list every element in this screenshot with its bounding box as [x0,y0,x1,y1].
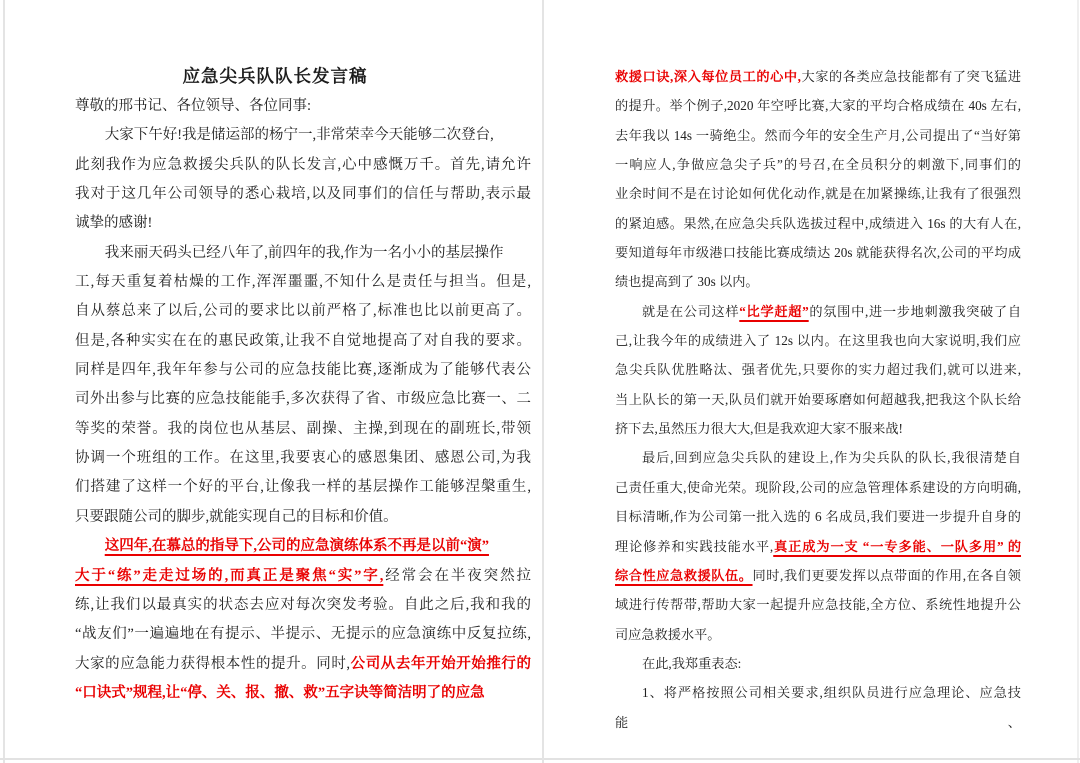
text-run: 理论修养和实践技能水平, [615,539,773,554]
text-line: 大家的应急能力获得根本性的提升。同时,公司从去年开始开始推行的 [75,650,531,679]
text-run: 1、将严格按照公司相关要求,组织队员进行应急理论、应急技能、 [615,685,1021,729]
text-run: 挤下去,虽然压力很大大,但是我欢迎大家不服来战! [615,421,903,436]
text-line: 要知道每年市级港口技能比赛成绩达 20s 就能获得名次,公司的平均成 [615,238,1021,267]
text-run: 就是在公司这样 [642,304,739,319]
page-1: 应急尖兵队队长发言稿 尊敬的邢书记、各位领导、各位同事:大家下午好!我是储运部的… [5,0,542,763]
text-run: 己,让我今年的成绩进入了 12s 以内。在这里我也向大家说明,我们应 [615,333,1021,348]
text-run: 同样是四年,我年年参与公司的应急技能比赛,逐渐成为了能够代表公 [75,362,531,378]
text-run: 大家的应急能力获得根本性的提升。同时, [75,656,350,672]
text-line: “口诀式”规程,让“停、关、报、撤、救”五字诀等简洁明了的应急 [75,679,531,708]
text-run: 大家下午好!我是储运部的杨宁一,非常荣幸今天能够二次登台, [105,127,494,143]
text-line: 域进行传帮带,帮助大家一起提升应急技能,全方位、系统性地提升公 [615,590,1021,619]
highlighted-text-run: 大于“练”走走过场的,而真正是聚焦“实”字, [75,568,383,584]
text-run: 工,每天重复着枯燥的工作,浑浑噩噩,不知什么是责任与担当。但是, [75,274,531,290]
text-line: 自从蔡总来了以后,公司的要求比以前严格了,标准也比以前更高了。 [75,297,531,326]
text-line: 我对于这几年公司领导的悉心栽培,以及同事们的信任与帮助,表示最 [75,180,531,209]
document-canvas: 应急尖兵队队长发言稿 尊敬的邢书记、各位领导、各位同事:大家下午好!我是储运部的… [0,0,1080,763]
text-line: 练,让我们以最真实的状态去应对每次突发考验。自此之后,我和我的 [75,591,531,620]
text-run: 域进行传帮带,帮助大家一起提升应急技能,全方位、系统性地提升公 [615,597,1021,612]
text-line: 司应急救援水平。 [615,620,1021,649]
text-run: “战友们”一遍遍地在有提示、半提示、无提示的应急演练中反复拉练, [75,626,531,642]
text-run: 尊敬的邢书记、各位领导、各位同事: [75,98,311,114]
text-run: 的紧迫感。果然,在应急尖兵队选拔过程中,成绩进入 16s 的大有人在, [615,216,1021,231]
text-run: 诚挚的感谢! [75,215,152,231]
text-line: 业余时间不是在讨论如何优化动作,就是在加紧操练,让我有了很强烈 [615,179,1021,208]
text-line: 目标清晰,作为公司第一批入选的 6 名成员,我们要进一步提升自身的 [615,502,1021,531]
text-line: 工,每天重复着枯燥的工作,浑浑噩噩,不知什么是责任与担当。但是, [75,268,531,297]
text-run: 最后,回到应急尖兵队的建设上,作为尖兵队的队长,我很清楚自 [642,450,1021,465]
text-line: 一响应人,争做应急尖子兵”的号召,在全员积分的刺激下,同事们的 [615,150,1021,179]
text-run: 们搭建了这样一个好的平台,让像我一样的基层操作工能够涅槃重生, [75,479,531,495]
text-line: 大家下午好!我是储运部的杨宁一,非常荣幸今天能够二次登台, [75,121,531,150]
text-run: 要知道每年市级港口技能比赛成绩达 20s 就能获得名次,公司的平均成 [615,245,1021,260]
highlighted-text-run: 救援口诀,深入每位员工的心中, [615,69,801,84]
highlighted-text-run: “比学赶超” [739,304,808,319]
text-line: 去年我以 14s 一骑绝尘。然而今年的安全生产月,公司提出了“当好第 [615,121,1021,150]
text-line: 救援口诀,深入每位员工的心中,大家的各类应急技能都有了突飞猛进 [615,62,1021,91]
text-run: 的氛围中,进一步地刺激我突破了自 [809,304,1021,319]
text-line: 这四年,在慕总的指导下,公司的应急演练体系不再是以前“演” [75,532,531,561]
text-line: 们搭建了这样一个好的平台,让像我一样的基层操作工能够涅槃重生, [75,473,531,502]
highlighted-text-run: 这四年,在慕总的指导下,公司的应急演练体系不再是以前“演” [105,538,489,554]
text-line: 1、将严格按照公司相关要求,组织队员进行应急理论、应急技能、 [615,678,1021,707]
text-line: “战友们”一遍遍地在有提示、半提示、无提示的应急演练中反复拉练, [75,620,531,649]
text-run: 在此,我郑重表态: [642,656,741,671]
highlighted-text-run: 公司从去年开始开始推行的 [350,656,531,672]
text-line: 同样是四年,我年年参与公司的应急技能比赛,逐渐成为了能够代表公 [75,356,531,385]
text-run: 练,让我们以最真实的状态去应对每次突发考验。自此之后,我和我的 [75,597,531,613]
text-run: 去年我以 14s 一骑绝尘。然而今年的安全生产月,公司提出了“当好第 [615,128,1021,143]
text-run: 己责任重大,使命光荣。现阶段,公司的应急管理体系建设的方向明确, [615,480,1021,495]
text-line: 我来丽天码头已经八年了,前四年的我,作为一名小小的基层操作 [75,239,531,268]
text-run: 当上队长的第一天,队员们就开始要琢磨如何超越我,把我这个队长给 [615,392,1021,407]
text-run: 大家的各类应急技能都有了突飞猛进 [801,69,1021,84]
text-line: 尊敬的邢书记、各位领导、各位同事: [75,92,531,121]
highlighted-text-run: “口诀式”规程,让“停、关、报、撤、救”五字诀等简洁明了的应急 [75,685,485,701]
text-line: 司外出参与比赛的应急技能能手,多次获得了省、市级应急比赛一、二 [75,385,531,414]
highlighted-text-run: 真正成为一支 “一专多能、一队多用” 的 [773,539,1021,554]
page-2-text-column: 救援口诀,深入每位员工的心中,大家的各类应急技能都有了突飞猛进的提升。举个例子,… [615,62,1021,708]
text-run: 目标清晰,作为公司第一批入选的 6 名成员,我们要进一步提升自身的 [615,509,1021,524]
text-run: 急尖兵队优胜略汰、强者优先,只要你的实力超过我们,就可以进来, [615,362,1021,377]
text-run: 协调一个班组的工作。在这里,我要衷心的感恩集团、感恩公司,为我 [75,450,531,466]
text-run: 一响应人,争做应急尖子兵”的号召,在全员积分的刺激下,同事们的 [615,157,1021,172]
text-line: 就是在公司这样“比学赶超”的氛围中,进一步地刺激我突破了自 [615,297,1021,326]
text-run: 司应急救援水平。 [615,627,721,642]
text-run: 的提升。举个例子,2020 年空呼比赛,大家的平均合格成绩在 40s 左右, [615,98,1021,113]
text-run: 但是,各种实实在在的惠民政策,让我不自觉地提高了对自我的要求。 [75,333,531,349]
text-line: 理论修养和实践技能水平,真正成为一支 “一专多能、一队多用” 的 [615,532,1021,561]
text-line: 大于“练”走走过场的,而真正是聚焦“实”字,经常会在半夜突然拉 [75,562,531,591]
text-line: 此刻我作为应急救援尖兵队的队长发言,心中感慨万千。首先,请允许 [75,151,531,180]
text-run: 经常会在半夜突然拉 [383,568,531,584]
text-line: 的提升。举个例子,2020 年空呼比赛,大家的平均合格成绩在 40s 左右, [615,91,1021,120]
text-line: 急尖兵队优胜略汰、强者优先,只要你的实力超过我们,就可以进来, [615,355,1021,384]
text-run: 只要跟随公司的脚步,就能实现自己的目标和价值。 [75,509,398,525]
text-line: 在此,我郑重表态: [615,649,1021,678]
text-run: 我对于这几年公司领导的悉心栽培,以及同事们的信任与帮助,表示最 [75,186,531,202]
text-run: 业余时间不是在讨论如何优化动作,就是在加紧操练,让我有了很强烈 [615,186,1021,201]
text-line: 绩也提高到了 30s 以内。 [615,267,1021,296]
text-line: 诚挚的感谢! [75,209,531,238]
text-line: 当上队长的第一天,队员们就开始要琢磨如何超越我,把我这个队长给 [615,385,1021,414]
text-line: 最后,回到应急尖兵队的建设上,作为尖兵队的队长,我很清楚自 [615,443,1021,472]
text-run: 同时,我们更要发挥以点带面的作用,在各自领 [753,568,1021,583]
text-run: 司外出参与比赛的应急技能能手,多次获得了省、市级应急比赛一、二 [75,391,531,407]
document-title: 应急尖兵队队长发言稿 [47,63,503,88]
highlighted-text-run: 综合性应急救援队伍。 [615,568,753,583]
page-1-text-column: 尊敬的邢书记、各位领导、各位同事:大家下午好!我是储运部的杨宁一,非常荣幸今天能… [75,92,531,708]
text-run: 绩也提高到了 30s 以内。 [615,274,759,289]
text-run: 等奖的荣誉。我的岗位也从基层、副操、主操,到现在的副班长,带领 [75,421,531,437]
text-line: 挤下去,虽然压力很大大,但是我欢迎大家不服来战! [615,414,1021,443]
text-run: 此刻我作为应急救援尖兵队的队长发言,心中感慨万千。首先,请允许 [75,157,531,173]
page-2: 救援口诀,深入每位员工的心中,大家的各类应急技能都有了突飞猛进的提升。举个例子,… [544,0,1078,763]
text-line: 己责任重大,使命光荣。现阶段,公司的应急管理体系建设的方向明确, [615,473,1021,502]
text-line: 己,让我今年的成绩进入了 12s 以内。在这里我也向大家说明,我们应 [615,326,1021,355]
text-run: 自从蔡总来了以后,公司的要求比以前严格了,标准也比以前更高了。 [75,303,531,319]
text-line: 协调一个班组的工作。在这里,我要衷心的感恩集团、感恩公司,为我 [75,444,531,473]
text-line: 只要跟随公司的脚步,就能实现自己的目标和价值。 [75,503,531,532]
text-line: 的紧迫感。果然,在应急尖兵队选拔过程中,成绩进入 16s 的大有人在, [615,209,1021,238]
text-line: 但是,各种实实在在的惠民政策,让我不自觉地提高了对自我的要求。 [75,327,531,356]
text-run: 我来丽天码头已经八年了,前四年的我,作为一名小小的基层操作 [105,245,504,261]
text-line: 综合性应急救援队伍。同时,我们更要发挥以点带面的作用,在各自领 [615,561,1021,590]
text-line: 等奖的荣誉。我的岗位也从基层、副操、主操,到现在的副班长,带领 [75,415,531,444]
